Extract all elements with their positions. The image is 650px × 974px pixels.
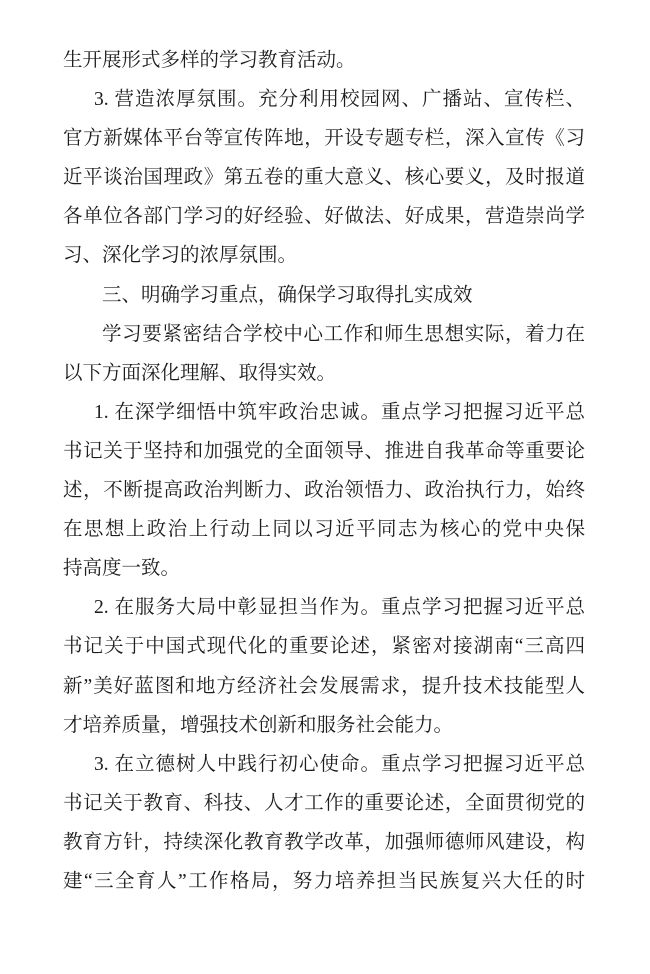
text-line: 各单位各部门学习的好经验、好做法、好成果，营造崇尚学 (63, 197, 585, 236)
text-line: 学习要紧密结合学校中心工作和师生思想实际，着力在 (63, 315, 585, 354)
text-line: 书记关于中国式现代化的重要论述，紧密对接湖南“三高四 (63, 627, 585, 666)
text-line: 书记关于教育、科技、人才工作的重要论述，全面贯彻党的 (63, 784, 585, 823)
text-line: 2. 在服务大局中彰显担当作为。重点学习把握习近平总 (63, 588, 585, 627)
text-line: 新”美好蓝图和地方经济社会发展需求，提升技术技能型人 (63, 667, 585, 706)
text-line: 建“三全育人”工作格局，努力培养担当民族复兴大任的时 (63, 862, 585, 901)
document-page: 生开展形式多样的学习教育活动。3. 营造浓厚氛围。充分利用校园网、广播站、宣传栏… (0, 0, 650, 974)
text-line: 1. 在深学细悟中筑牢政治忠诚。重点学习把握习近平总 (63, 393, 585, 432)
text-line: 官方新媒体平台等宣传阵地，开设专题专栏，深入宣传《习 (63, 119, 585, 158)
text-line: 3. 营造浓厚氛围。充分利用校园网、广播站、宣传栏、 (63, 80, 585, 119)
text-line: 在思想上政治上行动上同以习近平同志为核心的党中央保 (63, 510, 585, 549)
page-content: 生开展形式多样的学习教育活动。3. 营造浓厚氛围。充分利用校园网、广播站、宣传栏… (63, 41, 585, 901)
text-line: 书记关于坚持和加强党的全面领导、推进自我革命等重要论 (63, 432, 585, 471)
section-heading-line: 三、明确学习重点，确保学习取得扎实成效 (63, 276, 585, 315)
text-line: 才培养质量，增强技术创新和服务社会能力。 (63, 706, 585, 745)
text-line: 持高度一致。 (63, 549, 585, 588)
text-line: 以下方面深化理解、取得实效。 (63, 354, 585, 393)
text-line: 教育方针，持续深化教育教学改革，加强师德师风建设，构 (63, 823, 585, 862)
text-line: 3. 在立德树人中践行初心使命。重点学习把握习近平总 (63, 745, 585, 784)
text-line: 近平谈治国理政》第五卷的重大意义、核心要义，及时报道 (63, 158, 585, 197)
text-line: 生开展形式多样的学习教育活动。 (63, 41, 585, 80)
text-line: 习、深化学习的浓厚氛围。 (63, 236, 585, 275)
text-line: 述，不断提高政治判断力、政治领悟力、政治执行力，始终 (63, 471, 585, 510)
